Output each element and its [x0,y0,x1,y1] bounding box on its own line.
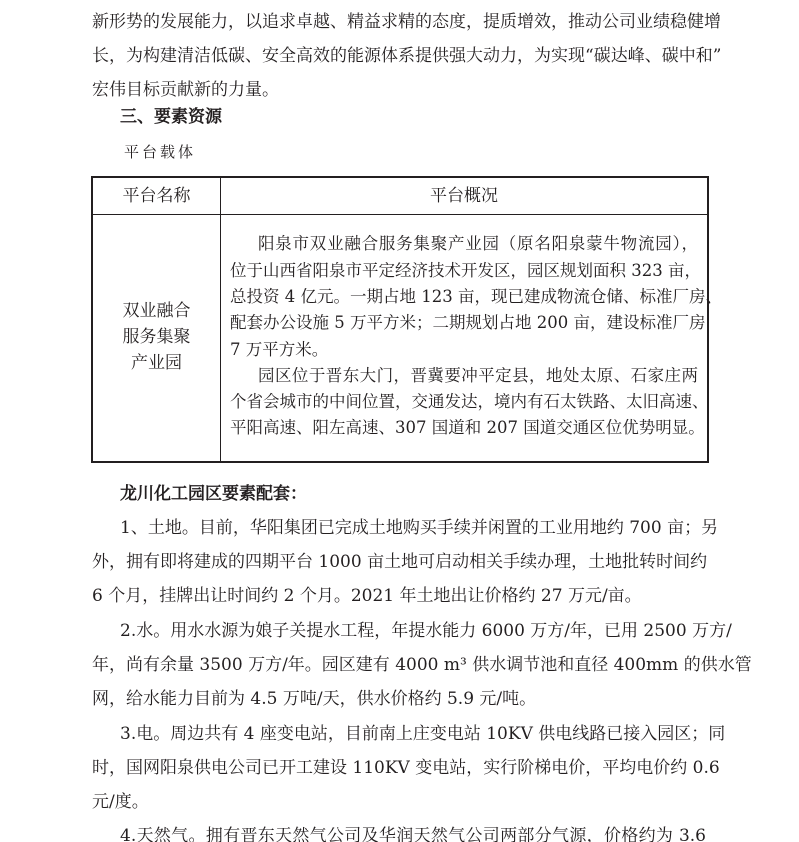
overview-line: 平阳高速、阳左高速、307 国道和 207 国道交通区位优势明显。 [230,418,698,438]
text-line: 外，拥有即将建成的四期平台 1000 亩土地可启动相关手续办理，土地批转时间约 [92,552,706,572]
overview-line: 配套办公设施 5 万平方米；二期规划占地 200 亩，建设标准厂房 [230,313,698,333]
text-line: 4.天然气。拥有晋东天然气公司及华润天然气公司两部分气源，价格约为 3.6 [120,826,706,842]
platform-name-line: 服务集聚 [93,324,220,350]
header-platform-name: 平台名称 [93,186,220,206]
platform-table: 平台名称 平台概况 双业融合 服务集聚 产业园 阳泉市双业融合服务集聚产业园（原… [91,176,709,463]
text-line: 1、土地。目前，华阳集团已完成土地购买手续并闲置的工业用地约 700 亩；另 [120,518,706,538]
overview-line: 7 万平方米。 [230,340,698,360]
platform-name-cell: 双业融合 服务集聚 产业园 [93,298,220,376]
text-line: 2.水。用水水源为娘子关提水工程，年提水能力 6000 万方/年，已用 2500… [120,621,706,641]
platform-name-line: 产业园 [93,350,220,376]
column-divider [220,178,221,461]
table-header-row: 平台名称 平台概况 [93,178,707,215]
platform-name-line: 双业融合 [93,298,220,324]
overview-line: 位于山西省阳泉市平定经济技术开发区，园区规划面积 323 亩， [230,261,698,281]
overview-line: 阳泉市双业融合服务集聚产业园（原名阳泉蒙牛物流园）， [258,234,698,254]
text-line: 元/度。 [92,792,706,812]
overview-line: 总投资 4 亿元。一期占地 123 亩，现已建成物流仓储、标准厂房、 [230,287,698,307]
section-heading: 三、要素资源 [120,107,222,127]
text-line: 宏伟目标贡献新的力量。 [92,80,706,100]
text-line: 长，为构建清洁低碳、安全高效的能源体系提供强大动力，为实现“碳达峰、碳中和” [92,46,706,66]
text-line: 网，给水能力目前为 4.5 万吨/天，供水价格约 5.9 元/吨。 [92,689,706,709]
text-line: 3.电。周边共有 4 座变电站，目前南上庄变电站 10KV 供电线路已接入园区；… [120,724,706,744]
header-platform-overview: 平台概况 [221,186,707,206]
overview-line: 个省会城市的中间位置，交通发达，境内有石太铁路、太旧高速、 [230,392,698,412]
overview-line: 园区位于晋东大门，晋冀要冲平定县，地处太原、石家庄两 [258,366,698,386]
text-line: 年，尚有余量 3500 万方/年。园区建有 4000 m³ 供水调节池和直径 4… [92,655,706,675]
text-line: 新形势的发展能力，以追求卓越、精益求精的态度，提质增效，推动公司业绩稳健增 [92,12,706,32]
text-line: 时，国网阳泉供电公司已开工建设 110KV 变电站，实行阶梯电价，平均电价约 0… [92,758,706,778]
longchuan-section-title: 龙川化工园区要素配套： [120,484,307,504]
subheading: 平台载体 [124,142,196,162]
text-line: 6 个月，挂牌出让时间约 2 个月。2021 年土地出让价格约 27 万元/亩。 [92,586,706,606]
document-page: 新形势的发展能力，以追求卓越、精益求精的态度，提质增效，推动公司业绩稳健增 长，… [0,0,799,842]
